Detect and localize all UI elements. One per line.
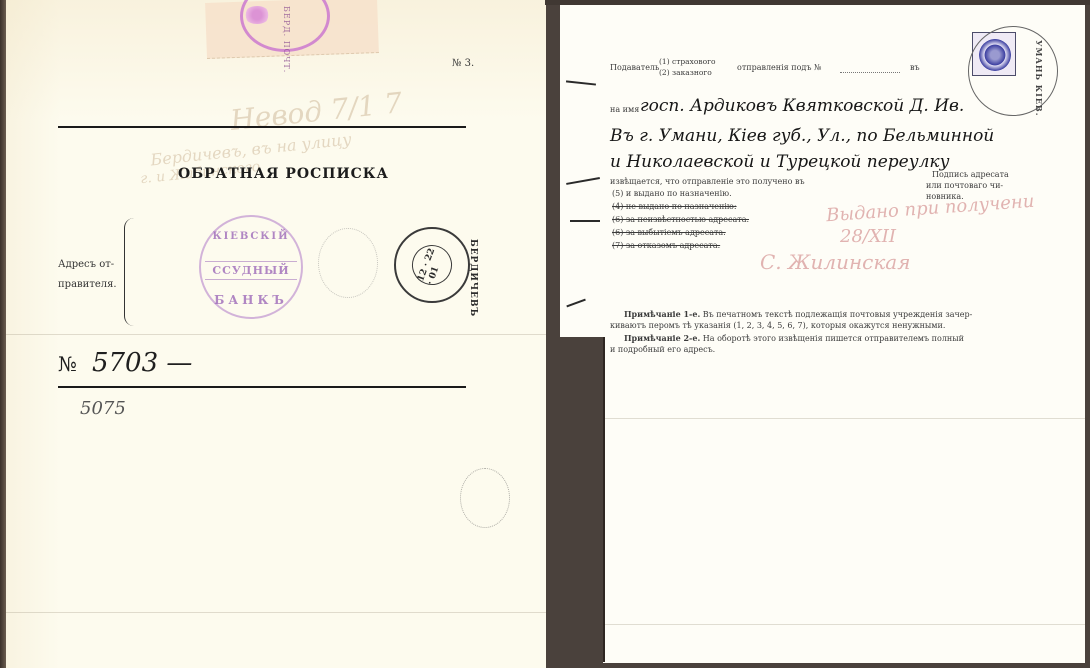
bank-stamp-bottom: БАНКЪ (201, 293, 301, 307)
sender-address-label: Адресъ от- правителя. (58, 255, 117, 295)
checklist-item: (5) и выдано по назначенію. (612, 189, 732, 198)
top-rule (58, 126, 466, 128)
note-1-cont: киваютъ перомъ тѣ указанія (1, 2, 3, 4, … (610, 321, 945, 330)
faint-postmark-trace (460, 468, 510, 528)
postmark: 12 · 22 · 01 БЕРДИЧЕВЪ (394, 227, 470, 303)
bank-stamp: КІЕВСКІЙ ССУДНЫЙ БАНКЪ (199, 215, 303, 319)
cancellation-text: УМАНЬ КІЕВ. (1034, 40, 1044, 116)
bank-stamp-top: КІЕВСКІЙ (201, 231, 301, 242)
margin-mark (570, 220, 600, 222)
handwritten-address-line: госп. Ардиковъ Квятковской Д. Ив. (640, 96, 964, 116)
header-middle: отправленія подъ № (737, 63, 822, 72)
note-1: Примѣчаніе 1-е. Въ печатномъ текстѣ подл… (624, 309, 972, 319)
option-registered: (2) заказного (659, 67, 712, 78)
checklist-item: (4) не выдано по назначенію: (612, 202, 737, 211)
sender-label-line: Адресъ от- (58, 255, 117, 275)
handwritten-number: 5703 — (92, 348, 192, 378)
form-number: № 3. (452, 58, 474, 69)
handwritten-address-line: Въ г. Умани, Кіев губ., Ул., по Бельминн… (610, 126, 994, 146)
note-2-text: На оборотѣ этого извѣщенія пишется отпра… (703, 334, 964, 343)
fold-line (6, 612, 546, 613)
fold-line (6, 334, 546, 335)
faint-postmark (318, 228, 378, 298)
sender-label-line: правителя. (58, 275, 117, 295)
signature-label: Подпись адресата (932, 170, 1009, 179)
notice-line: извѣщается, что отправленіе это получено… (610, 177, 805, 186)
header-prefix: Подаватель (610, 63, 659, 72)
checklist-item: (6) за выбытіемъ адресата. (612, 228, 726, 237)
number-rule (58, 386, 466, 388)
receipt-number: № 5703 — (58, 348, 192, 378)
note-2-label: Примѣчаніе 2-е. (624, 333, 700, 343)
option-insured: (1) страхового (659, 56, 716, 67)
fold-line (605, 418, 1085, 419)
scan-background-notch (548, 337, 603, 668)
note-1-text: Въ печатномъ текстѣ подлежащія почтовыя … (703, 310, 973, 319)
numero-sign: № (58, 352, 77, 376)
postmark-date: 12 · 22 · 01 (406, 239, 457, 290)
note-2-cont: и подробный его адресъ. (610, 345, 715, 354)
note-1-label: Примѣчаніе 1-е. (624, 309, 700, 319)
bank-stamp-middle: ССУДНЫЙ (205, 261, 297, 280)
note-2: Примѣчаніе 2-е. На оборотѣ этого извѣщен… (624, 333, 964, 343)
signature-label: или почтоваго чи- (926, 181, 1003, 190)
pink-handwriting: С. Жилинская (760, 250, 910, 274)
secondary-number: 5075 (80, 398, 126, 419)
form-title: ОБРАТНАЯ РОСПИСКА (178, 166, 389, 182)
brace-bracket (124, 218, 134, 326)
handwritten-address-line: и Николаевской и Турецкой переулку (610, 152, 949, 172)
number-blank (840, 72, 900, 73)
checklist-item: (7) за отказомъ адресата. (612, 241, 720, 250)
fold-line (605, 624, 1085, 625)
header-suffix: въ (910, 63, 920, 72)
pink-handwriting: 28/XII (840, 226, 896, 247)
stamp-cancellation (968, 26, 1058, 116)
addressee-label: на имя (610, 105, 639, 114)
checklist-item: (6) за неизвѣстностью адресата. (612, 215, 749, 224)
postmark-city: БЕРДИЧЕВЪ (468, 239, 478, 317)
page-shadow (603, 337, 605, 662)
violet-cancel-text: БЕРД. ПОЧТ. (282, 6, 291, 73)
